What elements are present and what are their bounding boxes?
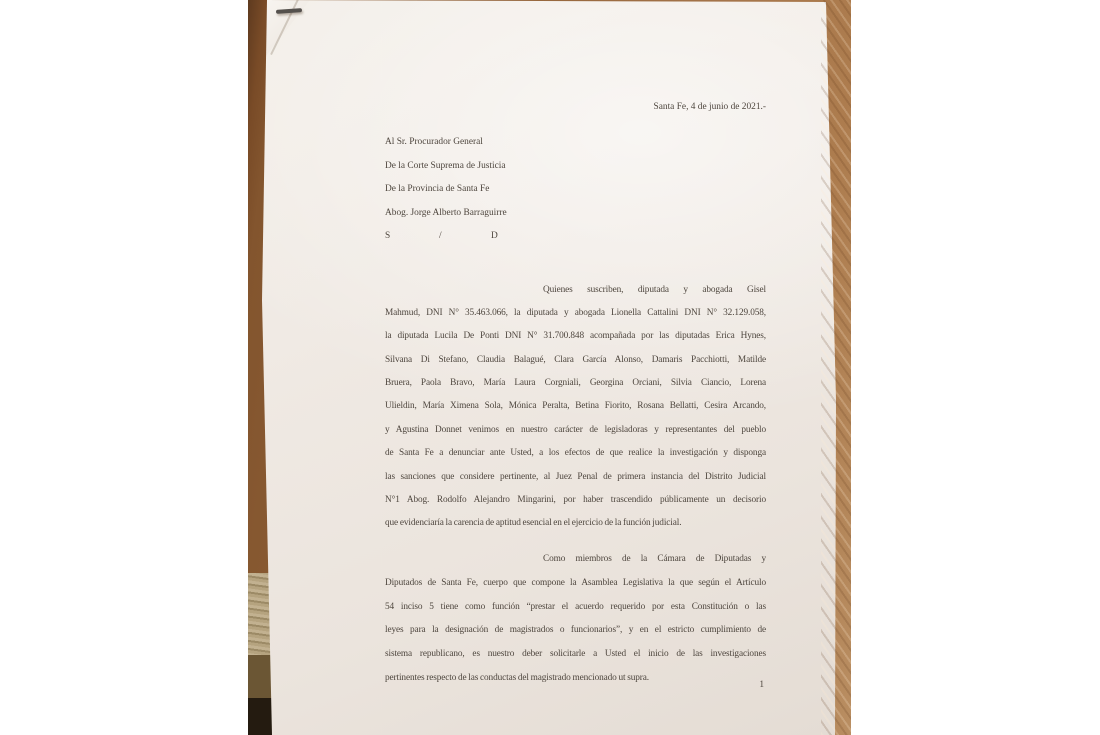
text-line: N°1 Abog. Rodolfo Alejandro Mingarini, p… [385, 489, 766, 512]
paragraph-1: Quienes suscriben, diputada y abogada Gi… [385, 279, 766, 536]
text-line: la diputada Lucila De Ponti DNI N° 31.70… [385, 325, 766, 348]
salutation-d: D [491, 225, 498, 249]
salutation-separator: / [439, 225, 491, 249]
text-line: sistema republicano, es nuestro deber so… [385, 643, 766, 667]
salutation-line: S/D [385, 225, 766, 249]
text-line: Silvana Di Stefano, Claudia Balagué, Cla… [385, 349, 766, 372]
recipient-line: De la Corte Suprema de Justicia [385, 155, 766, 179]
paper-sheet: Santa Fe, 4 de junio de 2021.- Al Sr. Pr… [248, 0, 851, 735]
text-line: de Santa Fe a denunciar ante Usted, a lo… [385, 442, 766, 465]
text-line: 54 inciso 5 tiene como función “prestar … [385, 596, 766, 620]
text-line: Diputados de Santa Fe, cuerpo que compon… [385, 572, 766, 596]
text-line: Como miembros de la Cámara de Diputadas … [385, 548, 766, 572]
wood-table-shadow [248, 655, 274, 703]
date-line: Santa Fe, 4 de junio de 2021.- [385, 101, 766, 114]
recipient-block: Al Sr. Procurador GeneralDe la Corte Sup… [385, 131, 766, 225]
recipient-line: De la Provincia de Santa Fe [385, 178, 766, 202]
text-line: y Agustina Donnet venimos en nuestro car… [385, 419, 766, 442]
text-line: que evidenciaría la carencia de aptitud … [385, 512, 766, 535]
wood-table-edge [248, 573, 272, 661]
recipient-line: Abog. Jorge Alberto Barraguirre [385, 202, 766, 226]
document-photo: Santa Fe, 4 de junio de 2021.- Al Sr. Pr… [248, 0, 851, 735]
paragraph-2: Como miembros de la Cámara de Diputadas … [385, 548, 766, 691]
letter-content: Santa Fe, 4 de junio de 2021.- Al Sr. Pr… [385, 0, 766, 735]
salutation-s: S [385, 225, 439, 249]
text-line: Mahmud, DNI N° 35.463.066, la diputada y… [385, 302, 766, 325]
recipient-line: Al Sr. Procurador General [385, 131, 766, 155]
text-line: Quienes suscriben, diputada y abogada Gi… [385, 279, 766, 302]
image-background: Santa Fe, 4 de junio de 2021.- Al Sr. Pr… [0, 0, 1100, 735]
text-line: Bruera, Paola Bravo, María Laura Corgnia… [385, 372, 766, 395]
text-line: pertinentes respecto de las conductas de… [385, 667, 766, 691]
text-line: Ulieldin, María Ximena Sola, Mónica Pera… [385, 395, 766, 418]
text-line: leyes para la designación de magistrados… [385, 619, 766, 643]
page-number: 1 [759, 679, 764, 692]
text-line: las sanciones que considere pertinente, … [385, 466, 766, 489]
